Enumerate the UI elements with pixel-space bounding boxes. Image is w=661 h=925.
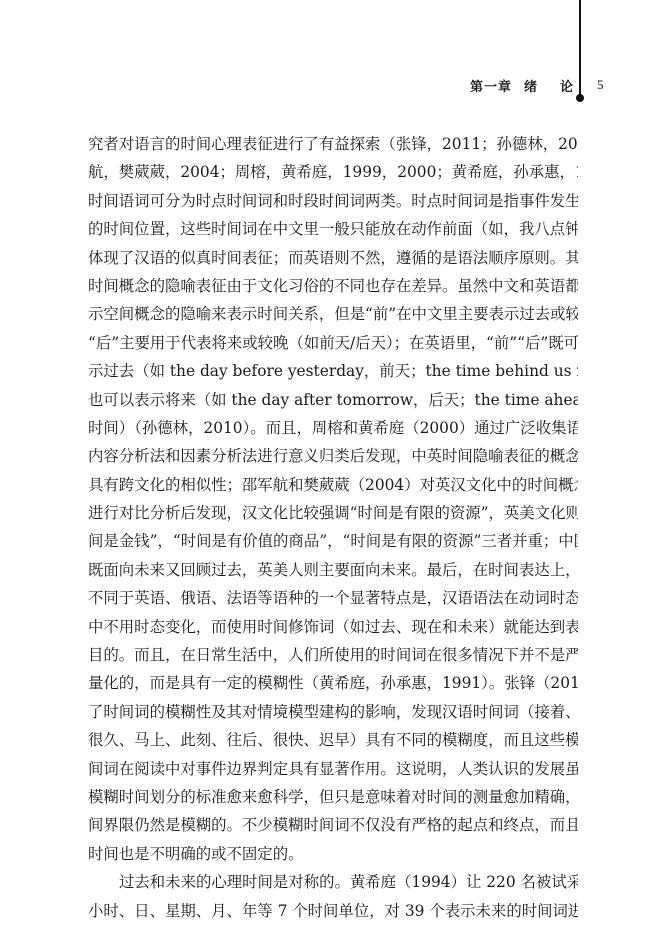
running-header: 第一章绪论	[470, 76, 574, 95]
text-line: 具有跨文化的相似性；邵军航和樊葳葳（2004）对英汉文化中的时间概念隐喻	[88, 471, 578, 499]
text-line: 了时间词的模糊性及其对情境模型建构的影响，发现汉语时间词（接着、一会、	[88, 698, 578, 726]
chapter-title-char-2: 论	[560, 80, 574, 95]
text-line: 时间）（孙德林，2010）。而且，周榕和黄希庭（2000）通过广泛收集语料、运用	[88, 414, 578, 442]
text-line: 进行对比分析后发现，汉文化比较强调“时间是有限的资源”，英美文化则是“时	[88, 499, 578, 527]
text-line: 也可以表示将来（如 the day after tomorrow，后天；the …	[88, 386, 578, 414]
text-line: 量化的，而是具有一定的模糊性（黄希庭，孙承惠，1991）。张锋（2011）探析	[88, 669, 578, 697]
text-line: 航，樊葳葳，2004；周榕，黄希庭，1999，2000；黄希庭，孙承惠，1991…	[88, 158, 578, 186]
text-line: 体现了汉语的似真时间表征；而英语则不然，遵循的是语法顺序原则。其次，对	[88, 244, 578, 272]
paragraph-end-line: 时间也是不明确的或不固定的。	[88, 840, 578, 868]
text-line: 的时间位置，这些时间词在中文里一般只能放在动作前面（如，我八点钟上班），	[88, 215, 578, 243]
text-line: 模糊时间划分的标准愈来愈科学，但只是意味着对时间的测量愈加精确，其时	[88, 783, 578, 811]
chapter-label: 第一章	[470, 80, 512, 95]
text-line: 既面向未来又回顾过去，英美人则主要面向未来。最后，在时间表达上，汉语	[88, 556, 578, 584]
chapter-title-char-1: 绪	[524, 80, 538, 95]
text-line: “后”主要用于代表将来或较晚（如前天/后天）；在英语里，“前”“后”既可以表	[88, 329, 578, 357]
text-line: 究者对语言的时间心理表征进行了有益探索（张锋，2011；孙德林，2010；邵军	[88, 130, 578, 158]
text-line: 目的。而且，在日常生活中，人们所使用的时间词在很多情况下并不是严格数	[88, 641, 578, 669]
text-line: 时间语词可分为时点时间词和时段时间词两类。时点时间词是指事件发生的确定	[88, 187, 578, 215]
page-number: 5	[597, 77, 604, 93]
header-rule-dot	[576, 94, 584, 102]
text-line: 小时、日、星期、月、年等 7 个时间单位，对 39 个表示未来的时间词进行未来时	[88, 897, 578, 925]
text-line: 间界限仍然是模糊的。不少模糊时间词不仅没有严格的起点和终点，而且延续	[88, 811, 578, 839]
text-line: 很久、马上、此刻、往后、很快、迟早）具有不同的模糊度，而且这些模糊时	[88, 726, 578, 754]
paragraph-start-line: 过去和未来的心理时间是对称的。黄希庭（1994）让 220 名被试采用秒、分、	[88, 868, 578, 896]
body-text: 究者对语言的时间心理表征进行了有益探索（张锋，2011；孙德林，2010；邵军 …	[88, 130, 578, 925]
text-line: 时间概念的隐喻表征由于文化习俗的不同也存在差异。虽然中文和英语都借用表	[88, 272, 578, 300]
text-line: 不同于英语、俄语、法语等语种的一个显著特点是，汉语语法在动词时态体系	[88, 584, 578, 612]
text-line: 示空间概念的隐喻来表示时间关系，但是“前”在中文里主要表示过去或较早，	[88, 300, 578, 328]
text-line: 示过去（如 the day before yesterday，前天；the ti…	[88, 357, 578, 385]
text-line: 间词在阅读中对事件边界判定具有显著作用。这说明，人类认识的发展虽然使	[88, 755, 578, 783]
text-line: 内容分析法和因素分析法进行意义归类后发现，中英时间隐喻表征的概念结构	[88, 442, 578, 470]
text-line: 间是金钱”，“时间是有价值的商品”，“时间是有限的资源”三者并重；中国人	[88, 527, 578, 555]
header-vertical-rule	[579, 0, 581, 97]
text-line: 中不用时态变化，而使用时间修饰词（如过去、现在和未来）就能达到表意的	[88, 613, 578, 641]
